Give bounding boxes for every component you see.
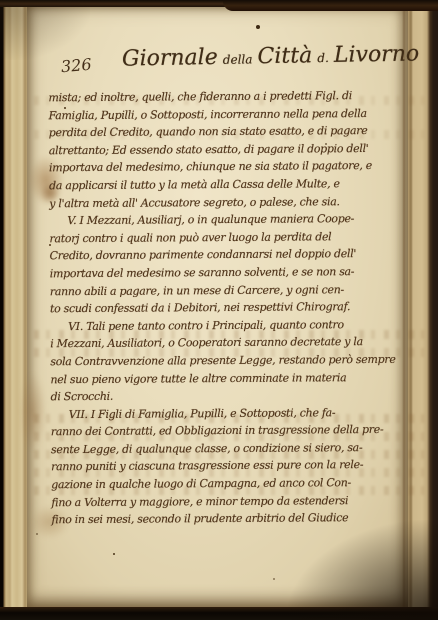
text-line: importava del medesimo se saranno solven…	[50, 263, 400, 283]
text-line: importava del medesimo, chiunque ne sia …	[49, 157, 399, 177]
manuscript-photo: 326 Giornale della Città d. Livorno mist…	[0, 0, 438, 620]
title-word: Città	[257, 43, 312, 69]
text-line: ranno dei Contratti, ed Obbligazioni in …	[51, 421, 401, 441]
text-line: to scudi confessati da i Debitori, nei r…	[50, 298, 400, 318]
title-word: Giornale	[122, 45, 218, 72]
title-word: d.	[317, 51, 329, 65]
manuscript-text: mista; ed inoltre, quelli, che fideranno…	[48, 87, 401, 529]
text-line: sola Contravvenzione alla presente Legge…	[50, 351, 400, 371]
text-line: mista; ed inoltre, quelli, che fideranno…	[48, 87, 398, 107]
title-word: Livorno	[334, 41, 420, 67]
corner-shadow-bottom-right	[288, 520, 438, 620]
corner-shadow-top-left	[0, 0, 90, 60]
page-title: Giornale della Città d. Livorno	[122, 41, 420, 71]
title-word: della	[223, 52, 253, 67]
text-line: i Mezzani, Ausiliatori, o Cooperatori sa…	[50, 333, 400, 353]
book-page-edges-left	[0, 4, 28, 610]
text-line: perdita del Credito, quando non sia stat…	[49, 122, 399, 142]
text-line-section-v: V. I Mezzani, Ausiliarj, o in qualunque …	[49, 210, 399, 230]
text-line: gazione in qualche luogo di Campagna, ed…	[51, 474, 401, 494]
